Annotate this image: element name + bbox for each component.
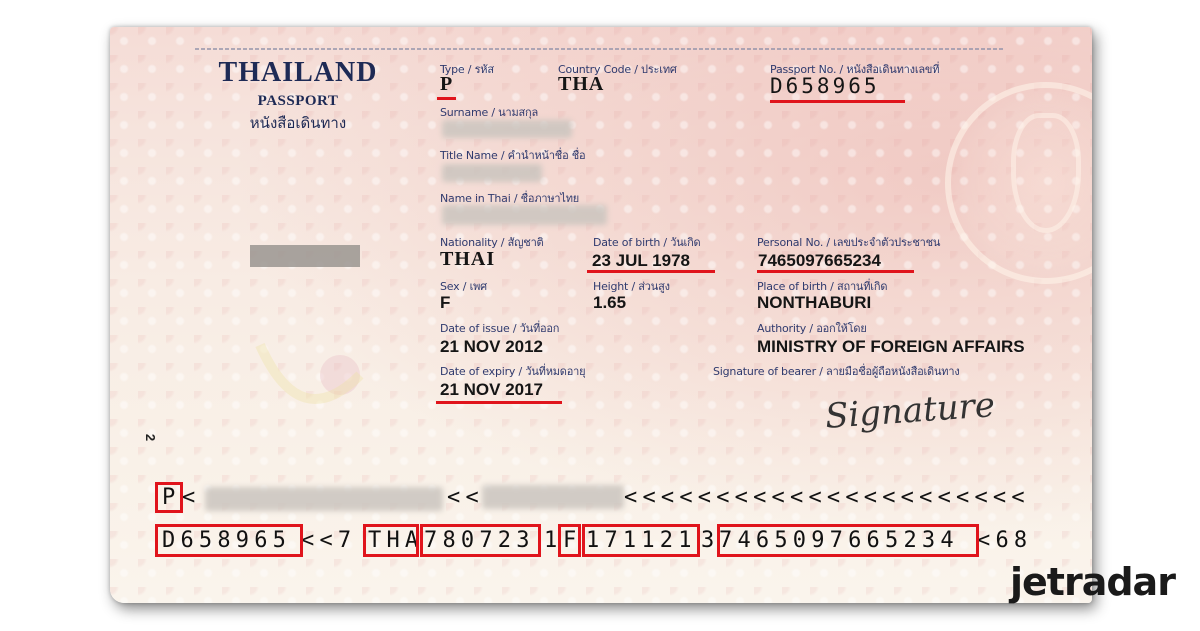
date-of-expiry-highlight xyxy=(436,401,562,404)
mrz-line1-filler: <<<<<<<<<<<<<<<<<<<<<< xyxy=(624,485,1030,510)
document-title: PASSPORT xyxy=(198,93,398,110)
passport-data-page: THAILAND PASSPORT หนังสือเดินทาง 2 Type … xyxy=(110,27,1092,603)
mrz-sex-highlight xyxy=(558,524,581,557)
title-name-label: Title Name / คำนำหน้าชื่อ ชื่อ xyxy=(440,146,585,164)
personal-no-value: 7465097665234 xyxy=(758,251,881,271)
date-of-expiry-label: Date of expiry / วันที่หมดอายุ xyxy=(440,362,585,380)
surname-label: Surname / นามสกุล xyxy=(440,103,538,121)
mrz-country-highlight xyxy=(363,524,419,557)
dob-label: Date of birth / วันเกิด xyxy=(593,233,701,251)
signature-label: Signature of bearer / ลายมือชื่อผู้ถือหน… xyxy=(713,362,960,380)
passport-no-value: D658965 xyxy=(770,74,880,98)
jetradar-watermark: jetradar xyxy=(1010,560,1175,604)
mrz-passport-no-highlight xyxy=(155,524,303,557)
authority-label: Authority / ออกให้โดย xyxy=(757,319,867,337)
title-name-redacted xyxy=(442,164,542,182)
mrz-personal-no-highlight xyxy=(717,524,979,557)
date-of-expiry-value: 21 NOV 2017 xyxy=(440,380,543,400)
type-highlight xyxy=(437,97,456,100)
mrz-type-highlight xyxy=(155,482,183,513)
mrz-line1-sep: < xyxy=(182,485,200,510)
page-number: 2 xyxy=(143,434,158,441)
mrz-check1: <<7 xyxy=(301,528,356,553)
mrz-line1-sep2: << xyxy=(447,485,484,510)
date-of-issue-label: Date of issue / วันที่ออก xyxy=(440,319,559,337)
mrz-tail: <68 xyxy=(977,528,1032,553)
authority-value: MINISTRY OF FOREIGN AFFAIRS xyxy=(757,337,1025,357)
place-of-birth-value: NONTHABURI xyxy=(757,293,871,313)
sex-value: F xyxy=(440,293,450,313)
privacy-bar xyxy=(250,245,360,267)
mrz-dob-highlight xyxy=(420,524,541,557)
personal-no-highlight xyxy=(757,270,914,273)
date-of-issue-value: 21 NOV 2012 xyxy=(440,337,543,357)
personal-no-label: Personal No. / เลขประจำตัวประชาชน xyxy=(757,233,940,251)
document-title-thai: หนังสือเดินทาง xyxy=(198,111,398,135)
type-value: P xyxy=(440,73,453,96)
holder-photo xyxy=(190,145,420,445)
passport-no-highlight xyxy=(770,100,905,103)
country-code-value: THA xyxy=(558,73,604,96)
mrz-given-name-redacted xyxy=(482,485,624,509)
mrz-surname-redacted xyxy=(205,487,443,511)
name-thai-redacted xyxy=(442,205,607,225)
height-value: 1.65 xyxy=(593,293,626,313)
country-title: THAILAND xyxy=(198,57,398,89)
nationality-value: THAI xyxy=(440,248,495,271)
dob-highlight xyxy=(587,270,715,273)
dob-value: 23 JUL 1978 xyxy=(592,251,690,271)
surname-redacted xyxy=(442,120,572,138)
microprint-line xyxy=(195,48,1005,50)
mrz-expiry-highlight xyxy=(582,524,700,557)
